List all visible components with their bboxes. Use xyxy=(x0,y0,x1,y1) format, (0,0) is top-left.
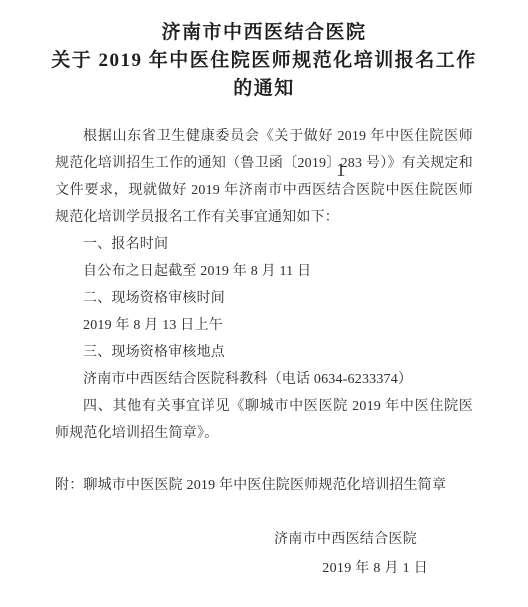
title-line-subject: 关于 2019 年中医住院医师规范化培训报名工作 xyxy=(0,47,528,75)
section-2-content: 2019 年 8 月 13 日上午 xyxy=(55,312,473,339)
document-body: 根据山东省卫生健康委员会《关于做好 2019 年中医住院医师规范化培训招生工作的… xyxy=(55,123,473,583)
section-4-paragraph: 四、其他有关事宜详见《聊城市中医医院 2019 年中医住院医师规范化培训招生简章… xyxy=(55,393,473,447)
page-number-artifact: 1 xyxy=(336,161,346,181)
signature-date: 2019 年 8 月 1 日 xyxy=(55,554,473,583)
document-title: 济南市中西医结合医院 关于 2019 年中医住院医师规范化培训报名工作 的通知 xyxy=(0,0,528,103)
signature-organization: 济南市中西医结合医院 xyxy=(55,525,473,554)
section-1-content: 自公布之日起截至 2019 年 8 月 11 日 xyxy=(55,258,473,285)
attachment-line: 附：聊城市中医医院 2019 年中医住院医师规范化培训招生简章 xyxy=(55,472,473,499)
title-line-notice: 的通知 xyxy=(0,75,528,103)
section-3-content: 济南市中西医结合医院科教科（电话 0634-6233374） xyxy=(55,366,473,393)
document-page: 济南市中西医结合医院 关于 2019 年中医住院医师规范化培训报名工作 的通知 … xyxy=(0,0,528,607)
section-2-heading: 二、现场资格审核时间 xyxy=(55,285,473,312)
paragraph-intro: 根据山东省卫生健康委员会《关于做好 2019 年中医住院医师规范化培训招生工作的… xyxy=(55,123,473,231)
title-line-org: 济南市中西医结合医院 xyxy=(0,19,528,47)
signature-block: 济南市中西医结合医院 2019 年 8 月 1 日 xyxy=(55,525,473,583)
section-3-heading: 三、现场资格审核地点 xyxy=(55,339,473,366)
section-1-heading: 一、报名时间 xyxy=(55,231,473,258)
